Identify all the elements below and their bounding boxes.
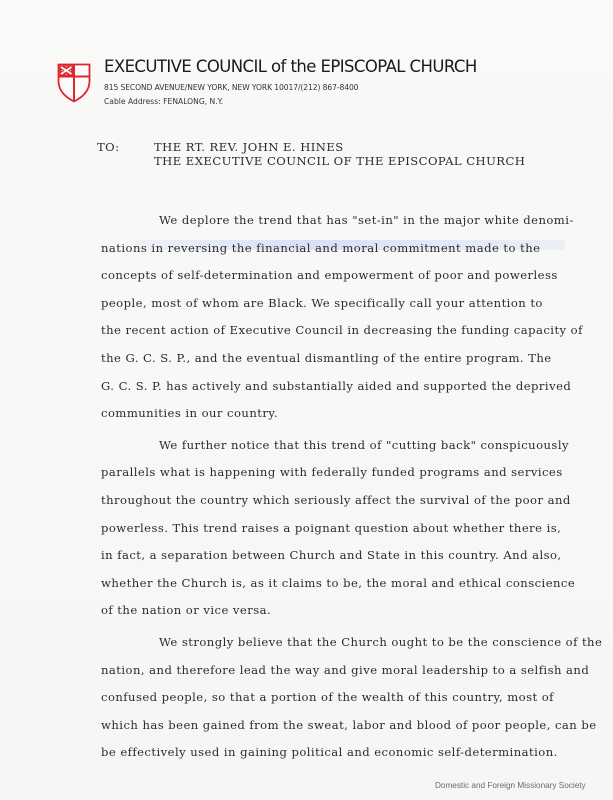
body-line: communities in our country. xyxy=(101,406,278,420)
body-line: We deplore the trend that has "set-in" i… xyxy=(159,213,574,227)
body-line: which has been gained from the sweat, la… xyxy=(101,718,597,732)
body-line: parallels what is happening with federal… xyxy=(101,465,563,479)
archive-credit: Domestic and Foreign Missionary Society xyxy=(435,781,586,790)
body-line: concepts of self-determination and empow… xyxy=(101,268,558,282)
body-line: the recent action of Executive Council i… xyxy=(101,323,583,337)
body-line: powerless. This trend raises a poignant … xyxy=(101,521,561,535)
cable-address: Cable Address: FENALONG, N.Y. xyxy=(104,97,223,106)
recipient-line: THE EXECUTIVE COUNCIL OF THE EPISCOPAL C… xyxy=(154,154,525,168)
recipient-line: THE RT. REV. JOHN E. HINES xyxy=(154,140,525,154)
body-line: We further notice that this trend of "cu… xyxy=(159,438,569,452)
body-line: We strongly believe that the Church ough… xyxy=(159,635,602,649)
recipient-label: TO: xyxy=(97,140,120,154)
body-line: of the nation or vice versa. xyxy=(101,603,271,617)
body-line: nation, and therefore lead the way and g… xyxy=(101,663,589,677)
body-line: people, most of whom are Black. We speci… xyxy=(101,296,543,310)
body-line: nations in reversing the financial and m… xyxy=(101,241,540,255)
body-line: be effectively used in gaining political… xyxy=(101,745,558,759)
body-line: the G. C. S. P., and the eventual disman… xyxy=(101,351,552,365)
organization-address: 815 SECOND AVENUE/NEW YORK, NEW YORK 100… xyxy=(104,83,358,92)
body-line: in fact, a separation between Church and… xyxy=(101,548,562,562)
body-line: G. C. S. P. has actively and substantial… xyxy=(101,379,571,393)
organization-name: EXECUTIVE COUNCIL of the EPISCOPAL CHURC… xyxy=(104,57,477,77)
body-line: confused people, so that a portion of th… xyxy=(101,690,554,704)
recipient-block: THE RT. REV. JOHN E. HINES THE EXECUTIVE… xyxy=(154,140,525,168)
body-line: whether the Church is, as it claims to b… xyxy=(101,576,575,590)
letter-page: EXECUTIVE COUNCIL of the EPISCOPAL CHURC… xyxy=(0,0,613,800)
episcopal-shield-icon xyxy=(57,63,91,103)
body-line: throughout the country which seriously a… xyxy=(101,493,571,507)
